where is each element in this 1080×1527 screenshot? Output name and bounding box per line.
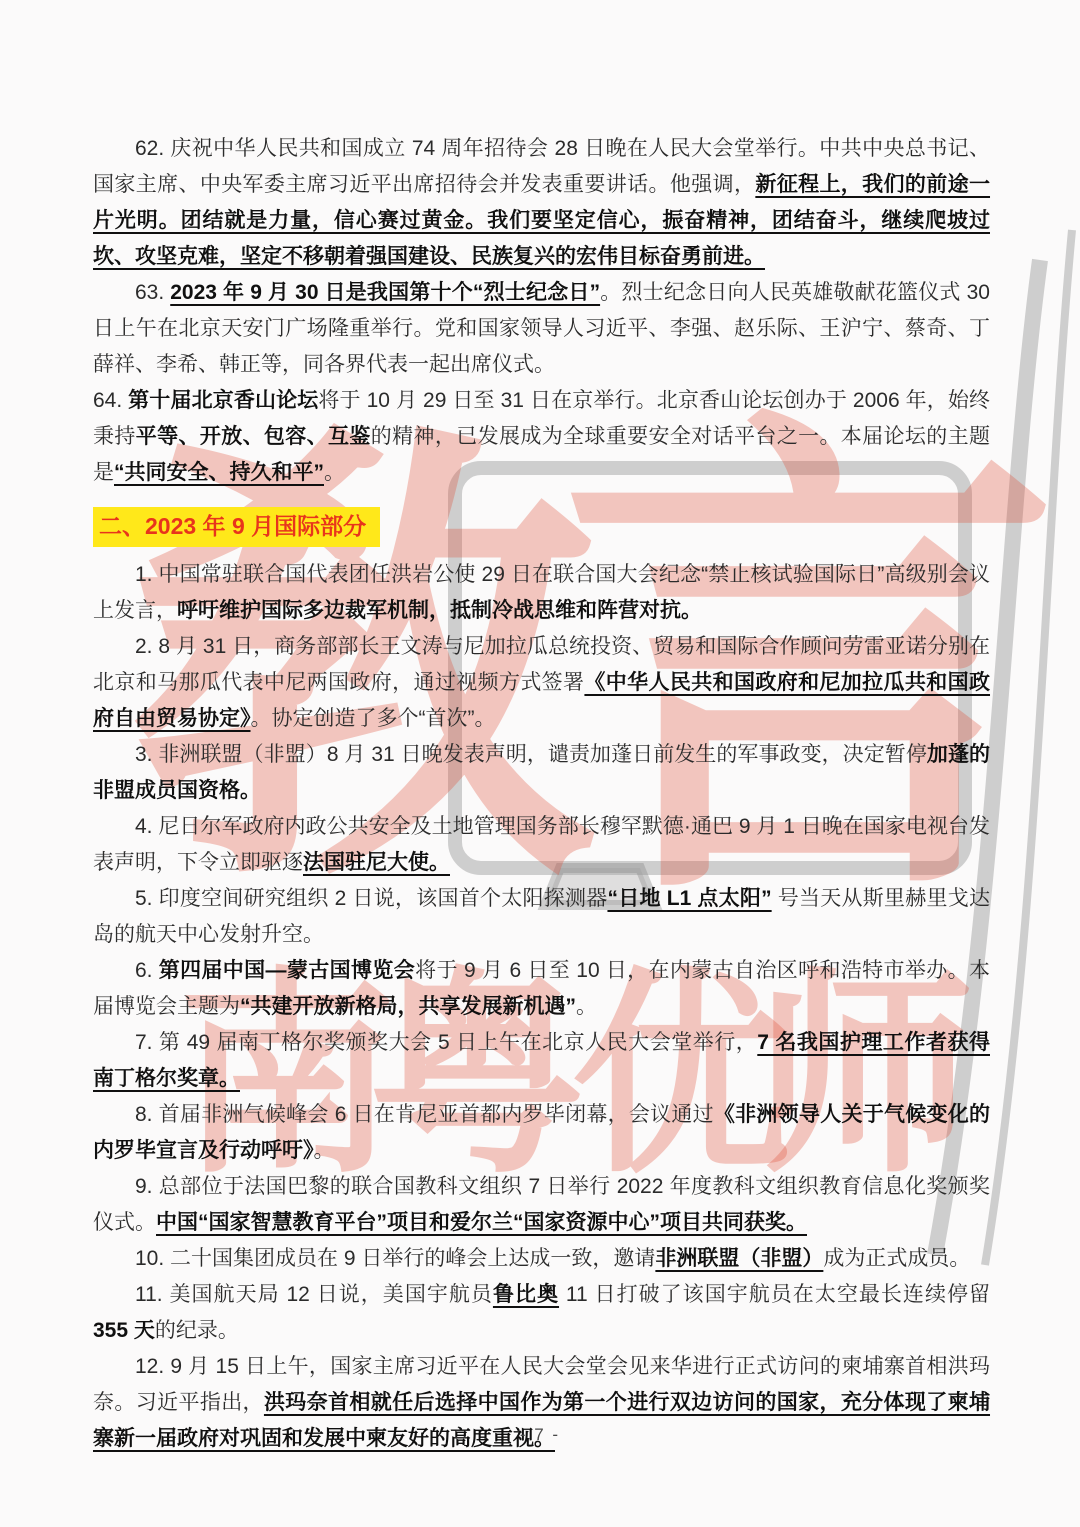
item-5-text-run: 5. 印度空间研究组织 2 日说，该国首个太阳探测器 — [135, 887, 607, 910]
item-63-text-run: 63. — [135, 281, 170, 304]
item-4-text-run: 4. 尼日尔军政府内政公共安全及土地管理国务部长穆罕默德·通巴 9 月 1 日晚… — [93, 815, 990, 874]
item-10-text-run: 非洲联盟（非盟） — [655, 1247, 823, 1270]
item-11-text-run: 的纪录。 — [155, 1319, 239, 1342]
item-6-text-run: 第四届中国—蒙古国博览会 — [159, 959, 415, 982]
item-4: 4. 尼日尔军政府内政公共安全及土地管理国务部长穆罕默德·通巴 9 月 1 日晚… — [93, 809, 990, 881]
item-10: 10. 二十国集团成员在 9 日举行的峰会上达成一致，邀请非洲联盟（非盟）成为正… — [93, 1241, 990, 1277]
item-64-text-run: “共同安全、持久和平” — [114, 461, 324, 484]
document-body: 62. 庆祝中华人民共和国成立 74 周年招待会 28 日晚在人民大会堂举行。中… — [93, 131, 990, 1457]
page-number: - 7 - — [0, 1425, 1080, 1445]
item-6-text-run: 6. — [135, 959, 159, 982]
item-11-text-run: 355 天 — [93, 1319, 155, 1342]
item-64-text-run: 平等、开放、包容、互鉴 — [136, 425, 371, 448]
item-10-text-run: 10. 二十国集团成员在 9 日举行的峰会上达成一致，邀请 — [135, 1247, 655, 1270]
item-1: 1. 中国常驻联合国代表团任洪岩公使 29 日在联合国大会纪念“禁止核试验国际日… — [93, 557, 990, 629]
item-11-text-run: 11 日打破了该国宇航员在太空最长连续停留 — [559, 1283, 990, 1306]
item-11-text-run: 鲁比奥 — [493, 1283, 559, 1306]
item-3-text-run: 3. 非洲联盟（非盟）8 月 31 日晚发表声明，谴责加蓬日前发生的军事政变，决… — [135, 743, 927, 766]
item-6: 6. 第四届中国—蒙古国博览会将于 9 月 6 日至 10 日，在内蒙古自治区呼… — [93, 953, 990, 1025]
item-8-text-run: 。 — [314, 1139, 335, 1162]
item-64-text-run: 64. — [93, 389, 128, 412]
item-7: 7. 第 49 届南丁格尔奖颁奖大会 5 日上午在北京人民大会堂举行，7 名我国… — [93, 1025, 990, 1097]
item-10-text-run: 成为正式成员。 — [823, 1247, 970, 1270]
section-heading-highlight: 二、2023 年 9 月国际部分 — [93, 507, 380, 547]
item-9-text-run: 中国“国家智慧教育平台”项目和爱尔兰“国家资源中心”项目共同获奖。 — [156, 1211, 807, 1234]
item-3: 3. 非洲联盟（非盟）8 月 31 日晚发表声明，谴责加蓬日前发生的军事政变，决… — [93, 737, 990, 809]
item-64-text-run: 。 — [324, 461, 345, 484]
item-11: 11. 美国航天局 12 日说，美国宇航员鲁比奥 11 日打破了该国宇航员在太空… — [93, 1277, 990, 1349]
item-5: 5. 印度空间研究组织 2 日说，该国首个太阳探测器“日地 L1 点太阳” 号当… — [93, 881, 990, 953]
item-2-text-run: 。协定创造了多个“首次”。 — [251, 707, 496, 730]
item-9: 9. 总部位于法国巴黎的联合国教科文组织 7 日举行 2022 年度教科文组织教… — [93, 1169, 990, 1241]
item-4-text-run: 法国驻尼大使。 — [303, 851, 450, 874]
item-6-text-run: 。 — [576, 995, 597, 1018]
item-7-text-run: 7. 第 49 届南丁格尔奖颁奖大会 5 日上午在北京人民大会堂举行， — [135, 1031, 757, 1054]
document-page: 敎 言 南 粤 优 师 62. 庆祝中华人民共和国成立 74 周年招待会 28 … — [0, 0, 1080, 1527]
item-6-text-run: “共建开放新格局，共享发展新机遇” — [240, 995, 576, 1018]
item-8-text-run: 8. 首届非洲气候峰会 6 日在肯尼亚首都内罗毕闭幕，会议通过 — [135, 1103, 714, 1126]
item-11-text-run: 11. 美国航天局 12 日说，美国宇航员 — [135, 1283, 493, 1306]
section-heading: 二、2023 年 9 月国际部分 — [93, 507, 990, 547]
item-64-text-run: 第十届北京香山论坛 — [128, 389, 318, 412]
item-63-text-run: 2023 年 9 月 30 日是我国第十个“烈士纪念日” — [170, 281, 600, 304]
item-5-text-run: “日地 L1 点太阳” — [607, 887, 771, 910]
item-2: 2. 8 月 31 日，商务部部长王文涛与尼加拉瓜总统投资、贸易和国际合作顾问劳… — [93, 629, 990, 737]
item-64: 64. 第十届北京香山论坛将于 10 月 29 日至 31 日在京举行。北京香山… — [93, 383, 990, 491]
item-8: 8. 首届非洲气候峰会 6 日在肯尼亚首都内罗毕闭幕，会议通过《非洲领导人关于气… — [93, 1097, 990, 1169]
item-1-text-run: 呼吁维护国际多边裁军机制，抵制冷战思维和阵营对抗。 — [177, 599, 702, 622]
item-62: 62. 庆祝中华人民共和国成立 74 周年招待会 28 日晚在人民大会堂举行。中… — [93, 131, 990, 275]
item-63: 63. 2023 年 9 月 30 日是我国第十个“烈士纪念日”。烈士纪念日向人… — [93, 275, 990, 383]
